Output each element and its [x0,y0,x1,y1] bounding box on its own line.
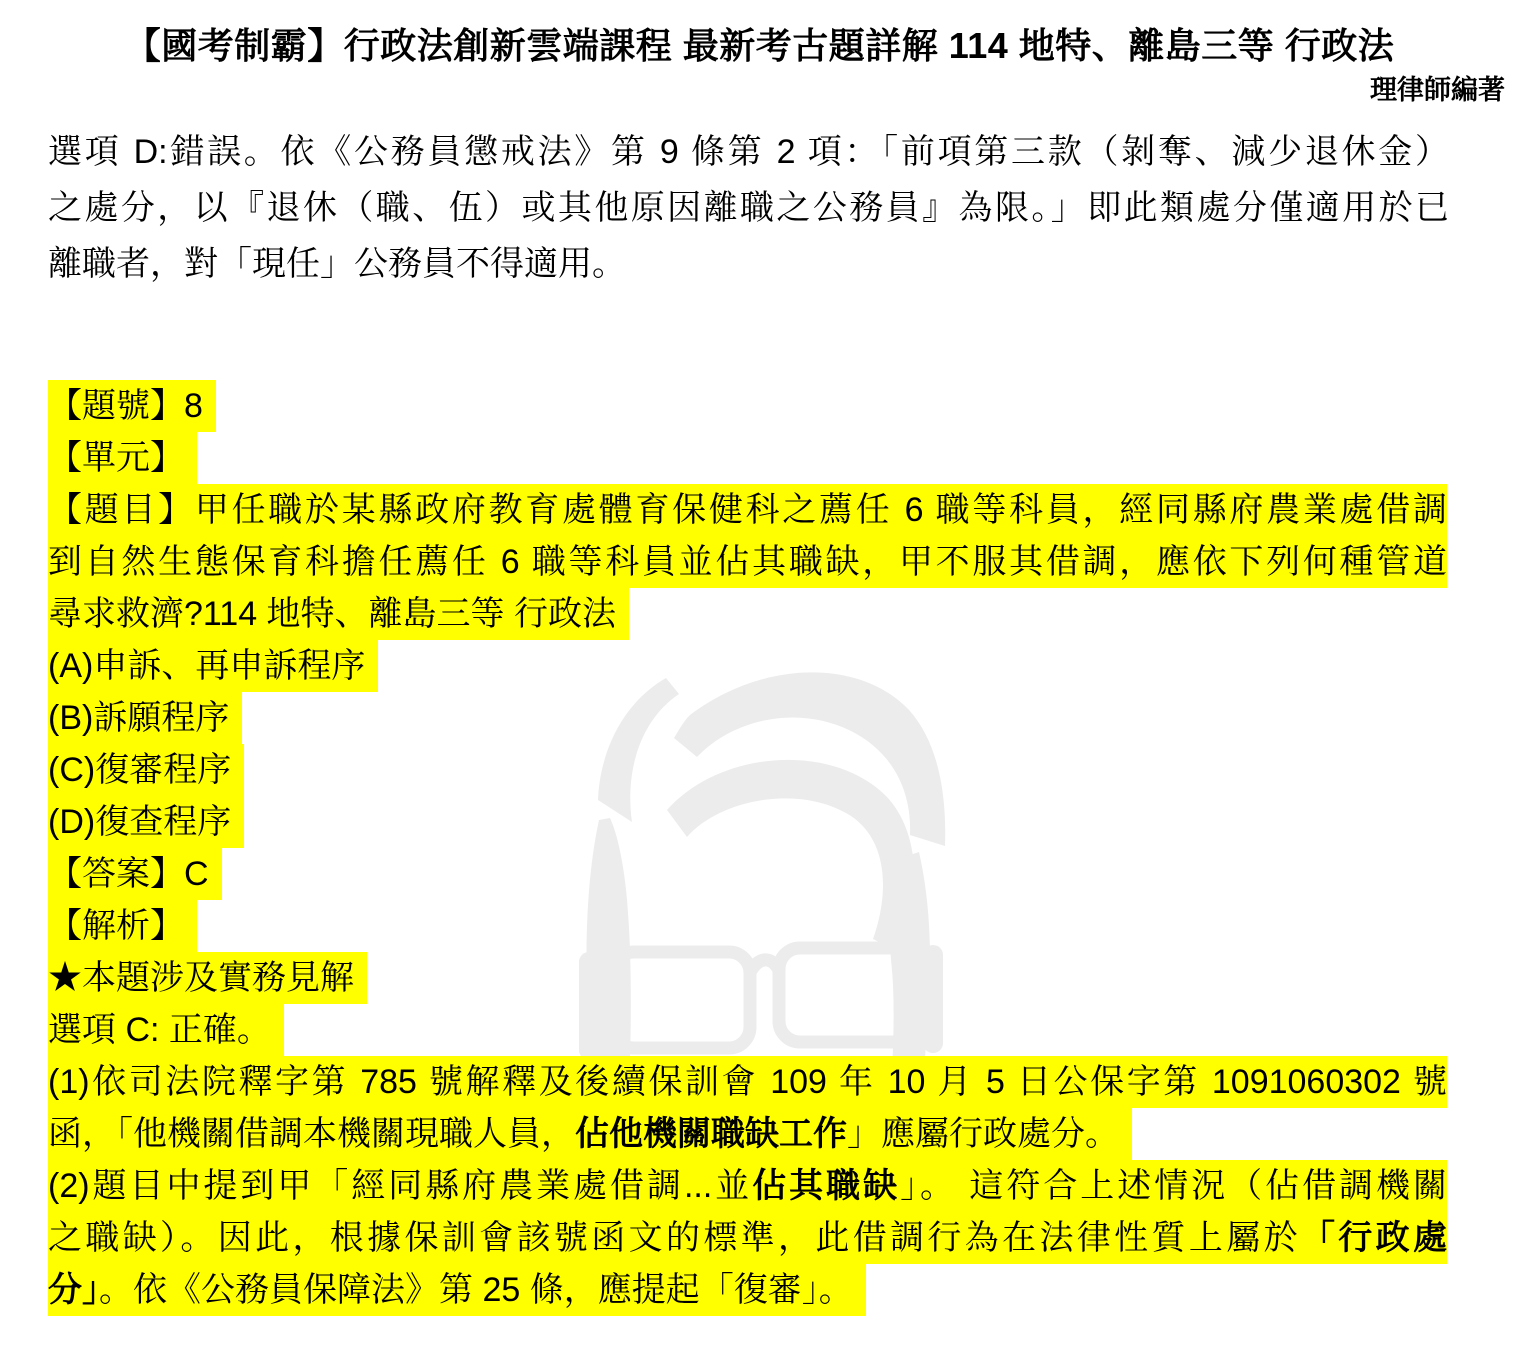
text-run: (B)訴願程序 [48,699,229,737]
highlight: (A)申訴、再申訴程序 [48,640,378,692]
qa-line-question-number: 【題號】8 [48,380,1447,432]
qa-line-explain-2-1: (2)題目中提到甲「經同縣府農業處借調...並佔其職缺」。 這符合上述情況（佔借… [48,1160,1447,1212]
text-run: 【單元】 [48,439,184,477]
intro-paragraph: 選項 D:錯誤。依《公務員懲戒法》第 9 條第 2 項：「前項第三款（剝奪、減少… [48,124,1449,292]
highlight: (1)依司法院釋字第 785 號解釋及後續保訓會 109 年 10 月 5 日公… [48,1056,1447,1108]
text-run-bold: 分」 [48,1271,99,1309]
text-run-bold: 佔他機關職缺工作 [575,1115,847,1153]
text-run: 【解析】 [48,907,184,945]
qa-line-option-d: (D)復查程序 [48,796,1447,848]
highlight: 【解析】 [48,900,197,952]
text-run: (2)題目中提到甲「經同縣府農業處借調...並 [48,1167,752,1205]
text-run: 。依《公務員保障法》第 25 條，應提起「復審」。 [99,1271,853,1309]
question-block: 【題號】8 【單元】 【題目】甲任職於某縣政府教育處體育保健科之薦任 6 職等科… [48,380,1447,1316]
text-run: (D)復查程序 [48,803,231,841]
text-run: (A)申訴、再申訴程序 [48,647,365,685]
highlight: 【答案】C [48,848,222,900]
highlight: 函，「他機關借調本機關現職人員，佔他機關職缺工作」應屬行政處分。 [48,1108,1132,1160]
qa-line-explain-2-2: 之職缺）。因此，根據保訓會該號函文的標準，此借調行為在法律性質上屬於「行政處 [48,1212,1447,1264]
text-run: 到自然生態保育科擔任薦任 6 職等科員並佔其職缺，甲不服其借調，應依下列何種管道 [48,543,1447,581]
text-run: 之職缺）。因此，根據保訓會該號函文的標準，此借調行為在法律性質上屬於 [48,1219,1301,1257]
highlight: 選項 C: 正確。 [48,1004,284,1056]
page-content: 【國考制霸】行政法創新雲端課程 最新考古題詳解 114 地特、離島三等 行政法 … [0,0,1519,1316]
qa-line-question-text-2: 到自然生態保育科擔任薦任 6 職等科員並佔其職缺，甲不服其借調，應依下列何種管道 [48,536,1447,588]
qa-line-option-a: (A)申訴、再申訴程序 [48,640,1447,692]
intro-line-3: 離職者，對「現任」公務員不得適用。 [48,236,1449,292]
highlight: (2)題目中提到甲「經同縣府農業處借調...並佔其職缺」。 這符合上述情況（佔借… [48,1160,1447,1212]
qa-line-option-c-correct: 選項 C: 正確。 [48,1004,1447,1056]
document-page: 【國考制霸】行政法創新雲端課程 最新考古題詳解 114 地特、離島三等 行政法 … [0,0,1519,1354]
highlight: 到自然生態保育科擔任薦任 6 職等科員並佔其職缺，甲不服其借調，應依下列何種管道 [48,536,1447,588]
highlight: (B)訴願程序 [48,692,242,744]
text-run: 尋求救濟?114 地特、離島三等 行政法 [48,595,616,633]
text-run: 選項 C: 正確。 [48,1011,271,1049]
qa-line-option-c: (C)復審程序 [48,744,1447,796]
doc-title: 【國考制霸】行政法創新雲端課程 最新考古題詳解 114 地特、離島三等 行政法 [0,0,1519,72]
intro-line-2: 之處分，以『退休（職、伍）或其他原因離職之公務員』為限。」即此類處分僅適用於已 [48,180,1449,236]
text-run: (1)依司法院釋字第 785 號解釋及後續保訓會 109 年 10 月 5 日公… [48,1063,1447,1101]
highlight: ★本題涉及實務見解 [48,952,367,1004]
highlight: (D)復查程序 [48,796,244,848]
qa-line-explain-1-1: (1)依司法院釋字第 785 號解釋及後續保訓會 109 年 10 月 5 日公… [48,1056,1447,1108]
qa-line-question-text-1: 【題目】甲任職於某縣政府教育處體育保健科之薦任 6 職等科員，經同縣府農業處借調 [48,484,1447,536]
highlight: 分」。依《公務員保障法》第 25 條，應提起「復審」。 [48,1264,866,1316]
highlight: 尋求救濟?114 地特、離島三等 行政法 [48,588,629,640]
author-byline: 理律師編著 [0,72,1519,108]
text-run: 函，「他機關借調本機關現職人員， [48,1115,575,1153]
highlight: 【題目】甲任職於某縣政府教育處體育保健科之薦任 6 職等科員，經同縣府農業處借調 [48,484,1447,536]
text-run: (C)復審程序 [48,751,231,789]
highlight: (C)復審程序 [48,744,244,796]
highlight: 【題號】8 [48,380,216,432]
text-run: 【題號】8 [48,387,203,425]
text-run: 【題目】甲任職於某縣政府教育處體育保健科之薦任 6 職等科員，經同縣府農業處借調 [48,491,1447,529]
qa-line-answer: 【答案】C [48,848,1447,900]
highlight: 【單元】 [48,432,197,484]
qa-line-unit: 【單元】 [48,432,1447,484]
qa-line-analysis-header: 【解析】 [48,900,1447,952]
qa-line-explain-1-2: 函，「他機關借調本機關現職人員，佔他機關職缺工作」應屬行政處分。 [48,1108,1447,1160]
text-run-bold: 「行政處 [1301,1219,1447,1257]
text-run-bold: 佔其職缺 [752,1167,900,1205]
qa-line-practice-note: ★本題涉及實務見解 [48,952,1447,1004]
qa-line-question-text-3: 尋求救濟?114 地特、離島三等 行政法 [48,588,1447,640]
text-run: ★本題涉及實務見解 [48,959,354,997]
qa-line-explain-2-3: 分」。依《公務員保障法》第 25 條，應提起「復審」。 [48,1264,1447,1316]
highlight: 之職缺）。因此，根據保訓會該號函文的標準，此借調行為在法律性質上屬於「行政處 [48,1212,1447,1264]
text-run: 」應屬行政處分。 [847,1115,1119,1153]
intro-line-1: 選項 D:錯誤。依《公務員懲戒法》第 9 條第 2 項：「前項第三款（剝奪、減少… [48,124,1449,180]
qa-line-option-b: (B)訴願程序 [48,692,1447,744]
text-run: 【答案】C [48,855,209,893]
text-run: 」。 這符合上述情況（佔借調機關 [900,1167,1447,1205]
